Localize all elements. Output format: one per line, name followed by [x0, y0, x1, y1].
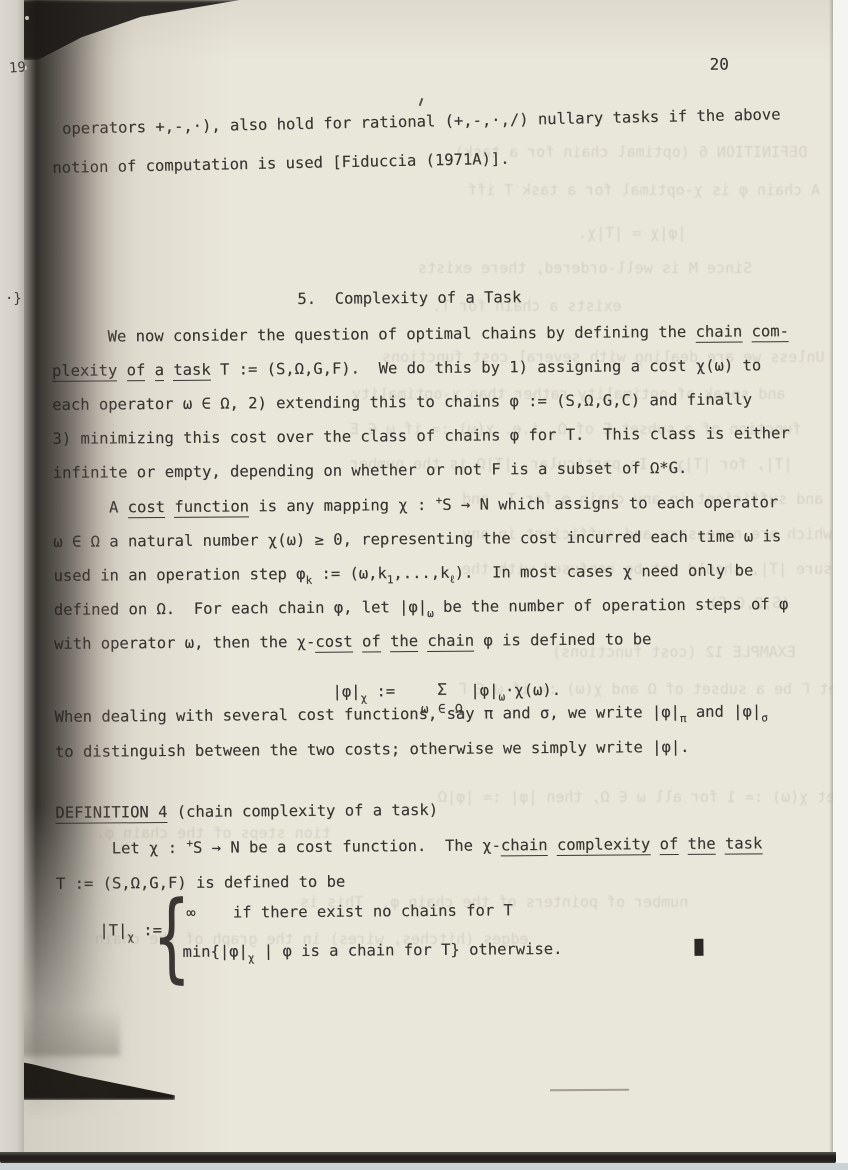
- body-line: defined on Ω. For each chain φ, let |φ|ω…: [54, 594, 789, 622]
- body-line: Let χ : +S → N be a cost function. The χ…: [56, 833, 763, 861]
- scanned-page: DEFINITION 6 (optimal chain for a task) …: [0, 0, 848, 1170]
- section-heading: 5. Complexity of a Task: [297, 287, 521, 309]
- case-no-chain: ∞ if there exist no chains for T: [186, 900, 513, 923]
- scanner-background-right: [833, 0, 848, 1170]
- body-line: plexity of a task T := (S,Ω,G,F). We do …: [52, 355, 761, 381]
- gutter-shadow: [20, 0, 135, 1120]
- body-line: A cost function is any mapping χ : +S → …: [53, 492, 778, 520]
- body-line: We now consider the question of optimal …: [52, 321, 789, 347]
- scanner-background-bottom: [0, 1163, 848, 1170]
- body-line: 3) minimizing this cost over the class o…: [52, 423, 789, 449]
- adjacent-page-edge: [0, 0, 24, 1170]
- cases-brace: {: [153, 888, 190, 985]
- body-line: used in an operation step φk := (ω,k1,..…: [53, 560, 753, 587]
- sigma-symbol: Σ: [437, 681, 447, 699]
- adjacent-page-number: 19: [8, 59, 26, 76]
- body-line: to distinguish between the two costs; ot…: [55, 737, 690, 762]
- body-line: ω ∈ Ω a natural number χ(ω) ≥ 0, represe…: [53, 526, 781, 552]
- formula-lhs: |φ|χ :=: [332, 682, 413, 701]
- body-line: infinite or empty, depending on whether …: [53, 458, 688, 483]
- formula-rhs: |φ|ω·χ(ω).: [470, 681, 561, 700]
- case-min-cost: min{|φ|χ | φ is a chain for T} otherwise…: [182, 939, 562, 964]
- page-number: 20: [709, 55, 728, 75]
- body-line: with operator ω, then the χ-cost of the …: [54, 629, 651, 654]
- body-line: each operator ω ∈ Ω, 2) extending this t…: [52, 389, 752, 414]
- staple-hole: [25, 16, 29, 20]
- margin-mark: ·}: [5, 291, 22, 307]
- body-line: When dealing with several cost functions…: [55, 701, 768, 729]
- body-line: operators +,-,·), also hold for rational…: [62, 104, 781, 138]
- end-of-definition-marker: [694, 939, 703, 956]
